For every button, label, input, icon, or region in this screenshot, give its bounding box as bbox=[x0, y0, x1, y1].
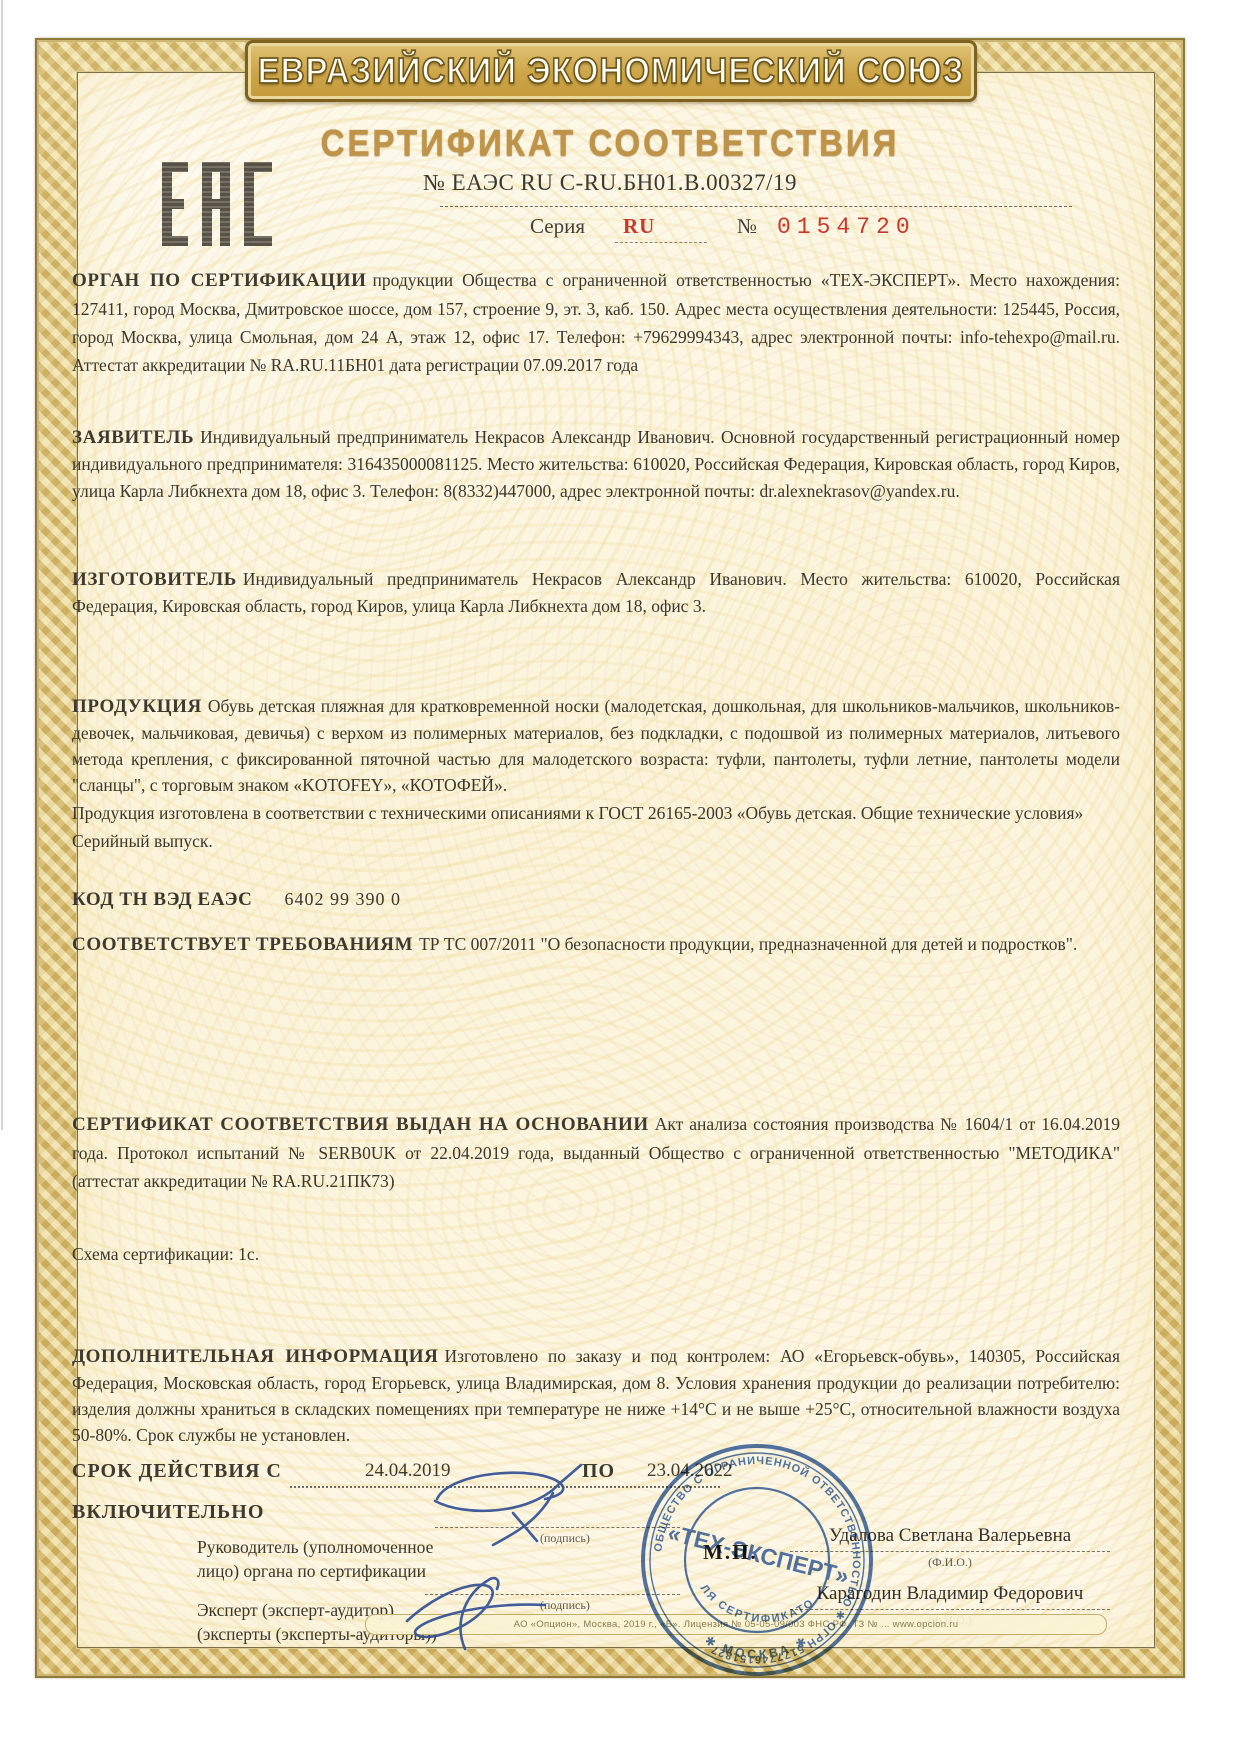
section-heading: КОД ТН ВЭД ЕАЭС bbox=[72, 889, 252, 910]
blank-number-value: 0154720 bbox=[777, 214, 916, 240]
certificate-number-underline bbox=[440, 206, 1072, 207]
series-value: RU bbox=[623, 214, 655, 239]
union-banner-text: ЕВРАЗИЙСКИЙ ЭКОНОМИЧЕСКИЙ СОЮЗ bbox=[258, 50, 965, 92]
validity-heading: СРОК ДЕЙСТВИЯ С bbox=[72, 1460, 282, 1482]
certification-scheme: Схема сертификации: 1с. bbox=[72, 1240, 1120, 1268]
tnved-code-value: 6402 99 390 0 bbox=[284, 889, 401, 909]
section-text: ТР ТС 007/2011 "О безопасности продукции… bbox=[419, 934, 1077, 954]
series-label: Серия bbox=[530, 214, 585, 239]
section-heading: ОРГАН ПО СЕРТИФИКАЦИИ bbox=[72, 270, 373, 291]
document-title: СЕРТИФИКАТ СООТВЕТСТВИЯ bbox=[35, 122, 1185, 165]
certification-stamp: ОБЩЕСТВО С ОГРАНИЧЕННОЙ ОТВЕТСТВЕННОСТЬЮ… bbox=[633, 1436, 881, 1688]
section-text: Индивидуальный предприниматель Некрасов … bbox=[72, 427, 1120, 501]
union-banner: ЕВРАЗИЙСКИЙ ЭКОНОМИЧЕСКИЙ СОЮЗ bbox=[245, 40, 977, 102]
section-heading: СЕРТИФИКАТ СООТВЕТСТВИЯ ВЫДАН НА ОСНОВАН… bbox=[72, 1114, 655, 1135]
section-manufacturer: ИЗГОТОВИТЕЛЬИндивидуальный предпринимате… bbox=[72, 566, 1120, 620]
section-certification-body: ОРГАН ПО СЕРТИФИКАЦИИпродукции Общества … bbox=[72, 266, 1120, 379]
section-heading: ЗАЯВИТЕЛЬ bbox=[72, 427, 200, 448]
section-requirements: СООТВЕТСТВУЕТ ТРЕБОВАНИЯМТР ТС 007/2011 … bbox=[72, 930, 1120, 959]
series-row: Серия RU № 0154720 bbox=[35, 214, 1185, 244]
section-tnved-code: КОД ТН ВЭД ЕАЭС6402 99 390 0 bbox=[72, 889, 401, 911]
section-additional-info: ДОПОЛНИТЕЛЬНАЯ ИНФОРМАЦИЯИзготовлено по … bbox=[72, 1343, 1120, 1448]
section-heading: ПРОДУКЦИЯ bbox=[72, 696, 208, 717]
certificate-sheet: ЕВРАЗИЙСКИЙ ЭКОНОМИЧЕСКИЙ СОЮЗ bbox=[35, 38, 1185, 1678]
product-serial-note: Серийный выпуск. bbox=[72, 828, 1120, 854]
scan-edge-artifact bbox=[1, 0, 3, 1130]
section-heading: СООТВЕТСТВУЕТ ТРЕБОВАНИЯМ bbox=[72, 934, 419, 955]
section-heading: ДОПОЛНИТЕЛЬНАЯ ИНФОРМАЦИЯ bbox=[72, 1346, 444, 1367]
validity-inclusive: ВКЛЮЧИТЕЛЬНО bbox=[72, 1501, 264, 1524]
section-issue-basis: СЕРТИФИКАТ СООТВЕТСТВИЯ ВЫДАН НА ОСНОВАН… bbox=[72, 1110, 1120, 1195]
product-gost-note: Продукция изготовлена в соответствии с т… bbox=[72, 800, 1120, 826]
section-text: Обувь детская пляжная для кратковременно… bbox=[72, 696, 1120, 795]
stamp-company-name: «ТЕХ-ЭКСПЕРТ» bbox=[665, 1519, 851, 1589]
section-heading: ИЗГОТОВИТЕЛЬ bbox=[72, 569, 243, 590]
handwritten-signature-1 bbox=[395, 1453, 615, 1663]
certificate-number: № ЕАЭС RU С-RU.БН01.В.00327/19 bbox=[35, 170, 1185, 196]
section-product: ПРОДУКЦИЯОбувь детская пляжная для кратк… bbox=[72, 693, 1120, 854]
section-applicant: ЗАЯВИТЕЛЬИндивидуальный предприниматель … bbox=[72, 424, 1120, 505]
series-underline bbox=[615, 242, 707, 243]
blank-number-label: № bbox=[737, 214, 757, 239]
